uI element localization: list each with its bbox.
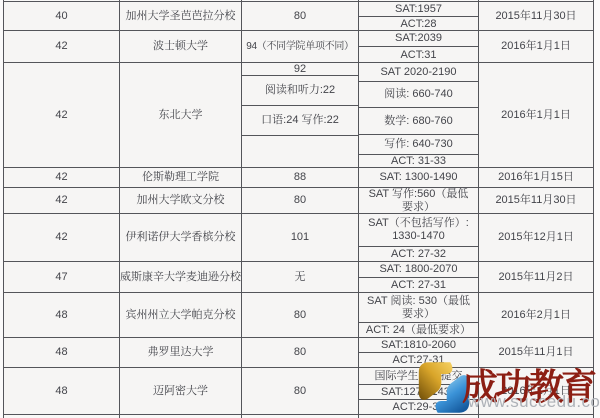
- score-subcell: SAT（不包括写作）: 1330-1470: [359, 214, 478, 247]
- rank-cell: 40: [4, 2, 120, 31]
- rank-cell: 42: [4, 214, 120, 262]
- score-subcell: ACT: 27-32: [359, 247, 478, 262]
- rank-cell: 42: [4, 63, 120, 168]
- score-cell: SAT:2039 ACT:31: [359, 31, 479, 63]
- table-row: 42 东北大学 92 阅读和听力:22 口语:24 写作:22 SAT 2020…: [4, 63, 594, 168]
- admissions-table: 40 加州大学圣芭芭拉分校 80 SAT:1957 ACT:28 2015年11…: [3, 0, 594, 418]
- university-cell: 加州大学欧文分校: [120, 188, 242, 214]
- date-cell: 2016年1月1日: [479, 31, 594, 63]
- score-subcell: 阅读: 660-740: [359, 82, 478, 108]
- table-row: 42 加州大学欧文分校 80 SAT 写作:560（最低要求） 2015年11月…: [4, 188, 594, 214]
- date-cell: 2015年11月30日: [479, 188, 594, 214]
- toefl-subcell: [242, 136, 358, 168]
- toefl-cell: 80: [242, 368, 359, 415]
- university-cell: 伊利诺伊大学香槟分校: [120, 214, 242, 262]
- university-cell: 伦斯勒理工学院: [120, 168, 242, 188]
- university-cell: 威斯康辛大学麦迪逊分校: [120, 262, 242, 293]
- table-row: 48 宾州州立大学帕克分校 80 SAT 阅读: 530（最低要求） ACT: …: [4, 293, 594, 338]
- rank-cell: 48: [4, 368, 120, 415]
- rank-cell: 48: [4, 338, 120, 368]
- score-cell: SAT 2020-2190 阅读: 660-740 数学: 680-760 写作…: [359, 63, 479, 168]
- toefl-cell: 80: [242, 188, 359, 214]
- rank-cell: 42: [4, 31, 120, 63]
- score-subcell: SAT:2039: [359, 31, 478, 47]
- rank-cell: 42: [4, 168, 120, 188]
- university-cell: 加州大学圣芭芭拉分校: [120, 2, 242, 31]
- score-cell: SAT:1957 ACT:28: [359, 2, 479, 31]
- table-row: 47 威斯康辛大学麦迪逊分校 无 SAT: 1800-2070 ACT: 27-…: [4, 262, 594, 293]
- table-row: 40 加州大学圣芭芭拉分校 80 SAT:1957 ACT:28 2015年11…: [4, 2, 594, 31]
- date-cell: 2016年1月15日: [479, 168, 594, 188]
- date-cell: 2016年1月1日: [479, 63, 594, 168]
- toefl-cell: 80: [242, 2, 359, 31]
- date-cell: 2015年11月2日: [479, 262, 594, 293]
- score-subcell: ACT: 24（最低要求）: [359, 323, 478, 338]
- toefl-cell: 80: [242, 293, 359, 338]
- score-cell: SAT: 1300-1490: [359, 168, 479, 188]
- score-subcell: SAT 阅读: 530（最低要求）: [359, 293, 478, 323]
- toefl-cell: 92 阅读和听力:22 口语:24 写作:22: [242, 63, 359, 168]
- date-cell: 2016年2月1日: [479, 293, 594, 338]
- toefl-cell: 88: [242, 168, 359, 188]
- score-cell: SAT: 1800-2070 ACT: 27-31: [359, 262, 479, 293]
- university-cell: 东北大学: [120, 63, 242, 168]
- toefl-cell: 94（不同学院单项不同）: [242, 31, 359, 63]
- university-cell: 宾州州立大学帕克分校: [120, 293, 242, 338]
- date-cell: 2015年12月1日: [479, 214, 594, 262]
- table-row: 42 波士顿大学 94（不同学院单项不同） SAT:2039 ACT:31 20…: [4, 31, 594, 63]
- toefl-subcell: 口语:24 写作:22: [242, 106, 358, 136]
- table-row: 42 伦斯勒理工学院 88 SAT: 1300-1490 2016年1月15日: [4, 168, 594, 188]
- university-cell: 波士顿大学: [120, 31, 242, 63]
- score-subcell: ACT: 27-31: [359, 278, 478, 293]
- toefl-subcell: 阅读和听力:22: [242, 76, 358, 106]
- rank-cell: 48: [4, 293, 120, 338]
- date-cell: 2015年11月30日: [479, 2, 594, 31]
- score-cell: SAT（不包括写作）: 1330-1470 ACT: 27-32: [359, 214, 479, 262]
- watermark-url-text: www.succedu.com: [468, 392, 600, 412]
- university-cell: 弗罗里达大学: [120, 338, 242, 368]
- toefl-cell: 无: [242, 262, 359, 293]
- score-subcell: SAT:1957: [359, 2, 478, 17]
- score-subcell: ACT:31: [359, 47, 478, 63]
- rank-cell: 42: [4, 188, 120, 214]
- university-cell: 迈阿密大学: [120, 368, 242, 415]
- score-subcell: SAT: 1800-2070: [359, 262, 478, 278]
- score-subcell: SAT:1810-2060: [359, 338, 478, 353]
- score-subcell: SAT 2020-2190: [359, 63, 478, 82]
- score-subcell: ACT: 31-33: [359, 155, 478, 168]
- score-subcell: ACT:28: [359, 17, 478, 31]
- rank-cell: 47: [4, 262, 120, 293]
- table-row: 42 伊利诺伊大学香槟分校 101 SAT（不包括写作）: 1330-1470 …: [4, 214, 594, 262]
- toefl-cell: 80: [242, 338, 359, 368]
- score-subcell: 数学: 680-760: [359, 108, 478, 135]
- score-cell: SAT 阅读: 530（最低要求） ACT: 24（最低要求）: [359, 293, 479, 338]
- score-cell: SAT 写作:560（最低要求）: [359, 188, 479, 214]
- score-subcell: 写作: 640-730: [359, 135, 478, 155]
- toefl-subcell: 92: [242, 63, 358, 76]
- toefl-cell: 101: [242, 214, 359, 262]
